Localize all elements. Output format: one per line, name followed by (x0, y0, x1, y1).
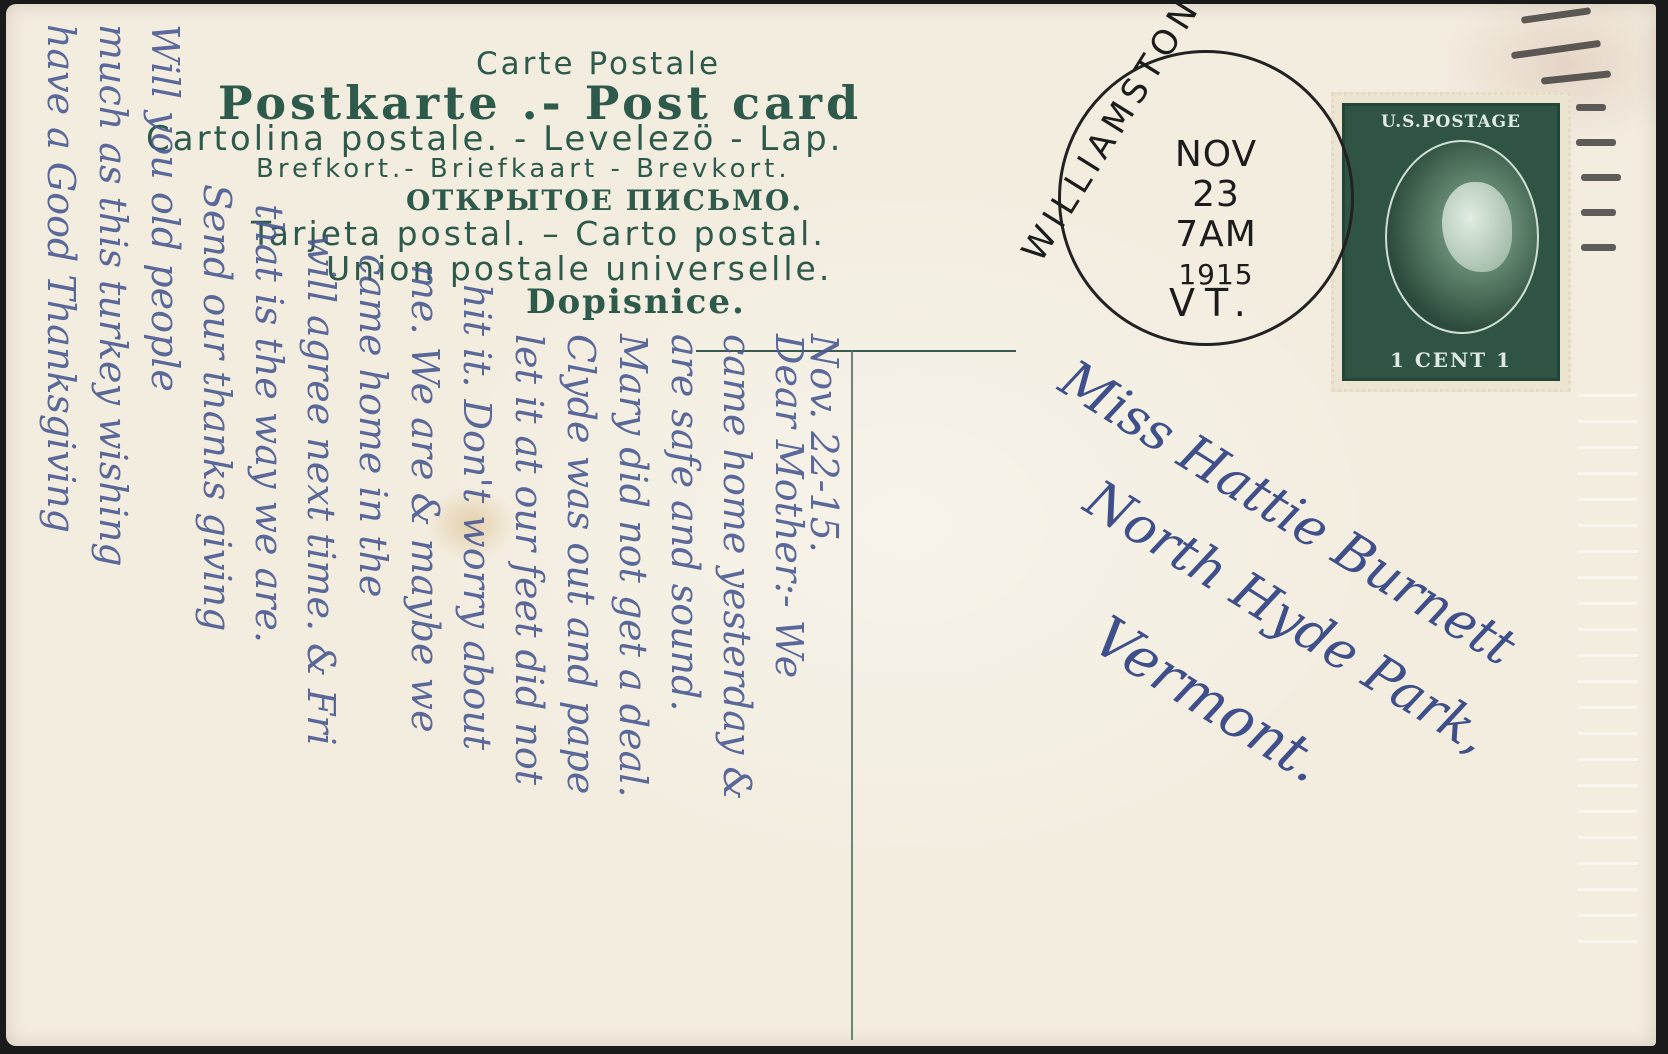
message-line: are safe and sound. (663, 334, 707, 711)
message-line: let it at our feet did not (507, 334, 551, 785)
postmark-state: VT. (1169, 281, 1256, 325)
embossed-border (1578, 394, 1638, 954)
postmark-day: 23 (1161, 175, 1271, 215)
postmark-month: NOV (1161, 135, 1271, 175)
header-line-italian-hungarian: Cartolina postale. - Levelezö - Lap. (146, 119, 843, 159)
message-line: much as this turkey wishing (91, 24, 135, 567)
stamp-top-text: U.S.POSTAGE (1345, 106, 1557, 132)
postmark-time: 7AM (1161, 215, 1271, 255)
message-line: came home yesterday & (715, 334, 759, 800)
center-divider (851, 350, 853, 1040)
washington-profile-icon (1442, 182, 1512, 272)
message-line: Send our thanks giving (195, 184, 239, 631)
message-line: hit it. Don't worry about (455, 284, 499, 750)
header-line-dopisnice: Dopisnice. (526, 282, 746, 322)
message-line: Clyde was out and pape (559, 334, 603, 794)
message-line: that is the way we are. (247, 204, 291, 643)
message-line: Mary did not get a deal. (611, 334, 655, 797)
postmark-date: NOV 23 7AM 1915 (1161, 135, 1271, 295)
header-line-nordic-dutch: Brefkort.- Briefkaart - Brevkort. (256, 154, 791, 184)
stamp-face: U.S.POSTAGE 1 CENT 1 (1342, 103, 1560, 381)
message-line: Dear Mother:- We (767, 334, 811, 678)
message-line: Will you old people (143, 24, 187, 392)
postmark: WILLIAMSTON NOV 23 7AM 1915 VT. (1058, 50, 1354, 346)
message-line: will agree next time. & Fri (299, 234, 343, 746)
stamp-portrait-icon (1385, 140, 1539, 334)
message-line: me. We are & maybe we (403, 264, 447, 733)
header-line-russian: ОТКРЫТОЕ ПИСЬМО. (406, 184, 803, 217)
message-line: came home in the (351, 254, 395, 597)
postage-stamp: U.S.POSTAGE 1 CENT 1 (1331, 92, 1571, 392)
stamp-denomination: 1 CENT 1 (1345, 348, 1557, 372)
postcard: Carte Postale Postkarte .- Post card Car… (6, 4, 1656, 1046)
message-line: have a Good Thanksgiving (39, 24, 83, 533)
